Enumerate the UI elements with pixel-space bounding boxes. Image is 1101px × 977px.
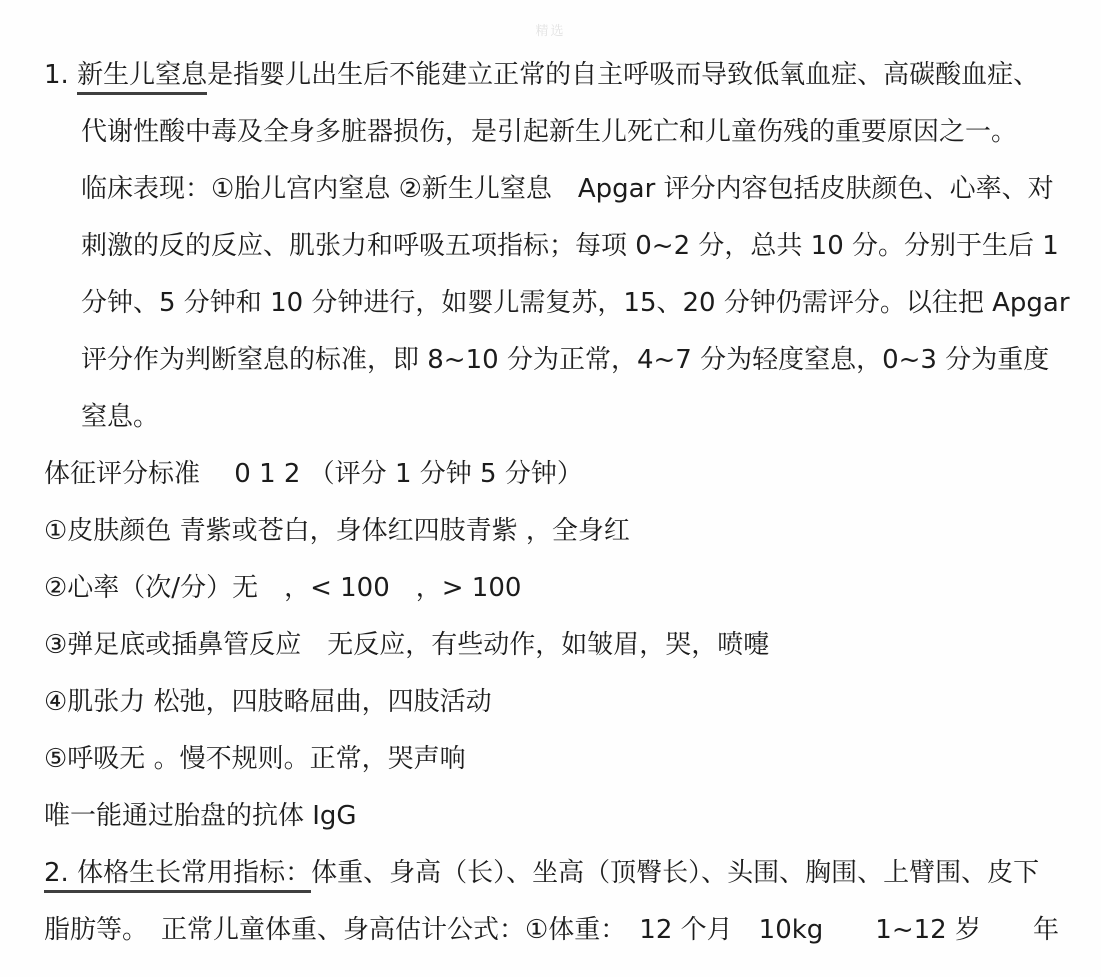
line-text: 评分作为判断窒息的标准，即 8~10 分为正常，4~7 分为轻度窒息，0~3 分… xyxy=(81,345,1049,375)
line-text: 是指婴儿出生后不能建立正常的自主呼吸而导致低氧血症、高碳酸血症、 xyxy=(207,60,1039,90)
text-line: 刺激的反的反应、肌张力和呼吸五项指标；每项 0~2 分，总共 10 分。分别于生… xyxy=(81,218,1063,275)
document-content: 1. 新生儿窒息是指婴儿出生后不能建立正常的自主呼吸而导致低氧血症、高碳酸血症、… xyxy=(44,47,1063,959)
line-text: 唯一能通过胎盘的抗体 IgG xyxy=(44,801,357,831)
line-text: ①皮肤颜色 青紫或苍白，身体红四肢青紫 ，全身红 xyxy=(44,516,630,546)
line-text: 代谢性酸中毒及全身多脏器损伤，是引起新生儿死亡和儿童伤残的重要原因之一。 xyxy=(81,117,1017,147)
watermark: 精选 xyxy=(535,20,565,39)
text-line: 1. 新生儿窒息是指婴儿出生后不能建立正常的自主呼吸而导致低氧血症、高碳酸血症、 xyxy=(44,47,1063,104)
line-text: ②心率（次/分）无 ，< 100 ，> 100 xyxy=(44,573,521,603)
line-text: 刺激的反的反应、肌张力和呼吸五项指标；每项 0~2 分，总共 10 分。分别于生… xyxy=(81,231,1059,261)
text-line: 体征评分标准 0 1 2 （评分 1 分钟 5 分钟） xyxy=(44,446,1063,503)
list-number: 1. xyxy=(44,60,77,90)
text-line: ③弹足底或插鼻管反应 无反应，有些动作，如皱眉，哭，喷嚏 xyxy=(44,617,1063,674)
line-text: ③弹足底或插鼻管反应 无反应，有些动作，如皱眉，哭，喷嚏 xyxy=(44,630,769,660)
line-text: 临床表现：①胎儿宫内窒息 ②新生儿窒息 Apgar 评分内容包括皮肤颜色、心率、… xyxy=(81,174,1054,204)
document-page: 精选 1. 新生儿窒息是指婴儿出生后不能建立正常的自主呼吸而导致低氧血症、高碳酸… xyxy=(0,0,1101,977)
text-line: ①皮肤颜色 青紫或苍白，身体红四肢青紫 ，全身红 xyxy=(44,503,1063,560)
text-line: ②心率（次/分）无 ，< 100 ，> 100 xyxy=(44,560,1063,617)
text-line: 临床表现：①胎儿宫内窒息 ②新生儿窒息 Apgar 评分内容包括皮肤颜色、心率、… xyxy=(81,161,1063,218)
text-line: 分钟、5 分钟和 10 分钟进行，如婴儿需复苏，15、20 分钟仍需评分。以往把… xyxy=(81,275,1063,332)
text-line: 评分作为判断窒息的标准，即 8~10 分为正常，4~7 分为轻度窒息，0~3 分… xyxy=(81,332,1063,389)
underlined-term: 新生儿窒息 xyxy=(77,60,207,95)
line-text: 脂肪等。 正常儿童体重、身高估计公式：①体重： 12 个月 10kg 1~12 … xyxy=(44,915,1059,945)
text-line: 2. 体格生长常用指标：体重、身高（长）、坐高（顶臀长）、头围、胸围、上臂围、皮… xyxy=(44,845,1063,902)
text-line: 代谢性酸中毒及全身多脏器损伤，是引起新生儿死亡和儿童伤残的重要原因之一。 xyxy=(81,104,1063,161)
text-line: ⑤呼吸无 。慢不规则。正常，哭声响 xyxy=(44,731,1063,788)
line-text: ④肌张力 松弛，四肢略屈曲，四肢活动 xyxy=(44,687,492,717)
line-text: 体重、身高（长）、坐高（顶臀长）、头围、胸围、上臂围、皮下 xyxy=(311,858,1039,888)
line-text: 分钟、5 分钟和 10 分钟进行，如婴儿需复苏，15、20 分钟仍需评分。以往把… xyxy=(81,288,1070,318)
text-line: 唯一能通过胎盘的抗体 IgG xyxy=(44,788,1063,845)
line-text: ⑤呼吸无 。慢不规则。正常，哭声响 xyxy=(44,744,466,774)
text-line: 窒息。 xyxy=(81,389,1063,446)
text-line: 脂肪等。 正常儿童体重、身高估计公式：①体重： 12 个月 10kg 1~12 … xyxy=(44,902,1063,959)
line-text: 窒息。 xyxy=(81,402,159,432)
line-text: 体征评分标准 0 1 2 （评分 1 分钟 5 分钟） xyxy=(44,459,583,489)
underlined-term: 2. 体格生长常用指标： xyxy=(44,858,311,893)
text-line: ④肌张力 松弛，四肢略屈曲，四肢活动 xyxy=(44,674,1063,731)
